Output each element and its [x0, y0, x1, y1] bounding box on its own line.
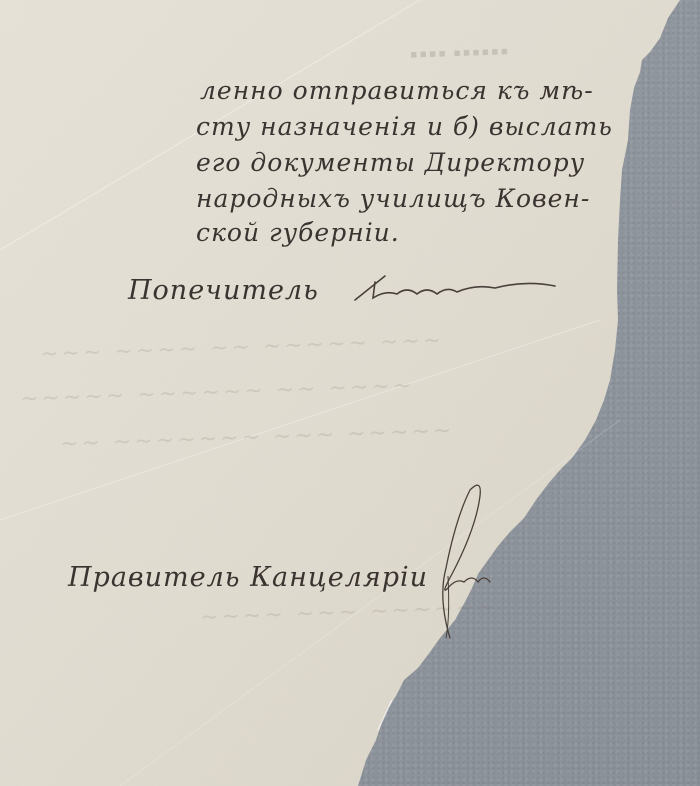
body-line-4: народныхъ училищъ Ковен-	[196, 184, 590, 213]
body-line-3: его документы Директору	[196, 148, 585, 177]
body-line-1: ленно отправиться къ мѣ-	[200, 76, 594, 105]
chancellery-title: Правитель Канцеляріи	[68, 562, 428, 593]
document-scan: ▪▪▪▪ ▪▪▪▪▪▪ ~~~ ~~~~ ~~ ~~~~~ ~~~ ~~~~~ …	[0, 0, 700, 786]
trustee-title: Попечитель	[128, 275, 319, 306]
body-line-2: сту назначенія и б) выслать	[196, 112, 613, 141]
body-line-5: ской губерніи.	[196, 218, 400, 247]
